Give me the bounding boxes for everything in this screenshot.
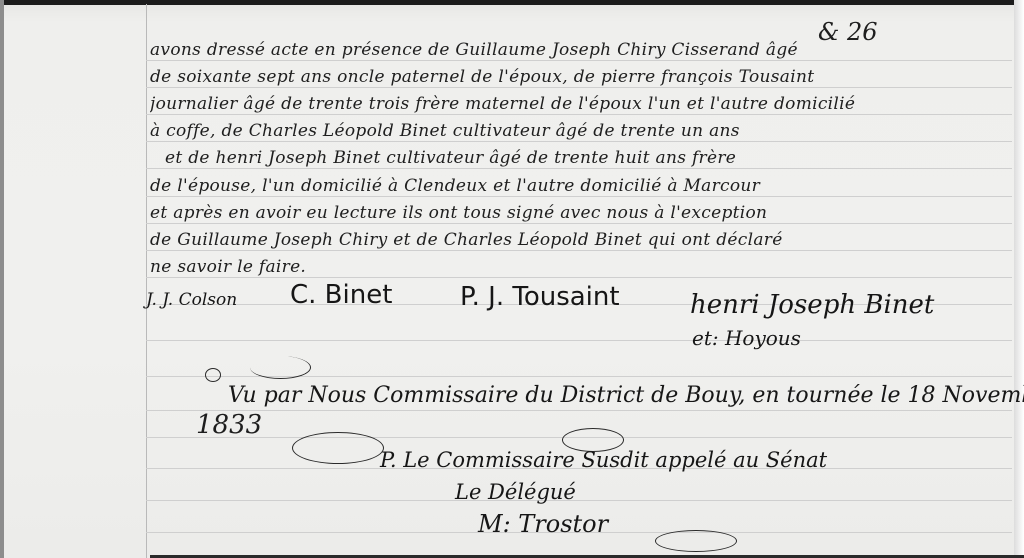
signature-hoyous: et: Hoyous [692,326,801,350]
body-line: de Guillaume Joseph Chiry et de Charles … [150,230,1010,250]
ruled-line [146,168,1012,169]
endorsement-line-3: Le Délégué [455,480,576,504]
signature-c-binet: C. Binet [290,280,392,310]
body-line: et après en avoir eu lecture ils ont tou… [150,203,1010,223]
body-line: avons dressé acte en présence de Guillau… [150,40,1010,60]
flourish-loop [292,432,384,464]
flourish-loop [205,368,221,382]
ruled-line [146,277,1012,278]
body-line: de soixante sept ans oncle paternel de l… [150,67,1010,87]
scan-right-edge [1014,0,1024,558]
ruled-line [146,141,1012,142]
scan-top-edge [0,0,1024,5]
commissioner-signature: M: Trostor [478,510,608,538]
endorsement-year: 1833 [196,410,262,440]
ruled-line [146,60,1012,61]
endorsement-line-1: Vu par Nous Commissaire du District de B… [228,383,1024,408]
body-line: ne savoir le faire. [150,257,1010,277]
ruled-line [146,410,1012,411]
endorsement-line-2: P. Le Commissaire Susdit appelé au Sénat [380,448,827,472]
ruled-line [146,340,1012,341]
body-line: de l'épouse, l'un domicilié à Clendeux e… [150,176,1010,196]
body-line: journalier âgé de trente trois frère mat… [150,94,1010,114]
ruled-line [146,87,1012,88]
signature-paraph [655,530,737,552]
scanned-document-page: & 26 avons dressé acte en présence de Gu… [0,0,1024,558]
ruled-line [146,196,1012,197]
body-line: et de henri Joseph Binet cultivateur âgé… [165,148,1024,168]
flourish-loop [250,356,311,379]
ruled-line [146,500,1012,501]
ruled-line [146,114,1012,115]
signature-colson: J. J. Colson [146,290,237,310]
ruled-line [146,223,1012,224]
body-line: à coffe, de Charles Léopold Binet cultiv… [150,121,1010,141]
scan-left-edge [0,0,4,558]
signature-henri-joseph-binet: henri Joseph Binet [690,290,934,320]
signature-tousaint: P. J. Tousaint [460,282,620,312]
ruled-line [146,250,1012,251]
